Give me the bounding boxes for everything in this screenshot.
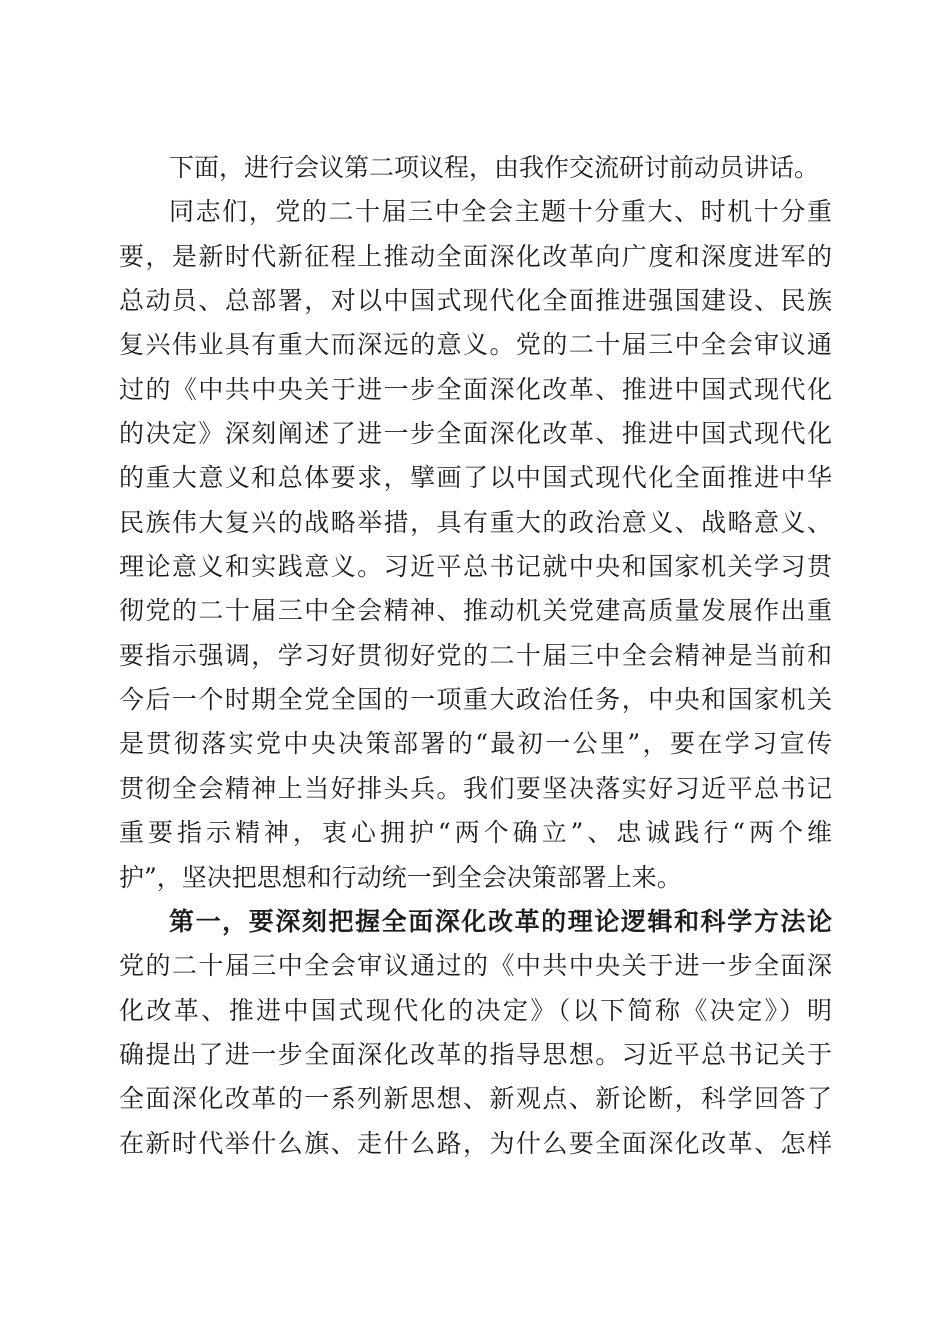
text-line: 重要指示精神，衷心拥护“两个确立”、忠诚践行“两个维	[119, 811, 832, 855]
text-line: 今后一个时期全党全国的一项重大政治任务，中央和国家机关	[119, 678, 832, 722]
text-line: 确提出了进一步全面深化改革的指导思想。习近平总书记关于	[119, 1033, 832, 1077]
text-line: 总动员、总部署，对以中国式现代化全面推进强国建设、民族	[119, 279, 832, 323]
text-line: 过的《中共中央关于进一步全面深化改革、推进中国式现代化	[119, 368, 832, 412]
text-line: 党的二十届三中全会审议通过的《中共中央关于进一步全面深	[119, 944, 832, 988]
document-page: 下面，进行会议第二项议程，由我作交流研讨前动员讲话。同志们，党的二十届三中全会主…	[0, 0, 950, 1344]
text-line: 复兴伟业具有重大而深远的意义。党的二十届三中全会审议通	[119, 323, 832, 367]
text-line: 彻党的二十届三中全会精神、推动机关党建高质量发展作出重	[119, 589, 832, 633]
text-line: 下面，进行会议第二项议程，由我作交流研讨前动员讲话。	[119, 146, 832, 190]
text-line: 同志们，党的二十届三中全会主题十分重大、时机十分重	[119, 190, 832, 234]
text-line: 全面深化改革的一系列新思想、新观点、新论断，科学回答了	[119, 1077, 832, 1121]
text-line: 的重大意义和总体要求，擘画了以中国式现代化全面推进中华	[119, 456, 832, 500]
text-line: 贯彻全会精神上当好排头兵。我们要坚决落实好习近平总书记	[119, 767, 832, 811]
document-body: 下面，进行会议第二项议程，由我作交流研讨前动员讲话。同志们，党的二十届三中全会主…	[119, 146, 832, 1166]
text-line: 民族伟大复兴的战略举措，具有重大的政治意义、战略意义、	[119, 501, 832, 545]
text-line: 理论意义和实践意义。习近平总书记就中央和国家机关学习贯	[119, 545, 832, 589]
text-line: 要指示强调，学习好贯彻好党的二十届三中全会精神是当前和	[119, 634, 832, 678]
text-line: 要，是新时代新征程上推动全面深化改革向广度和深度进军的	[119, 235, 832, 279]
text-line: 的决定》深刻阐述了进一步全面深化改革、推进中国式现代化	[119, 412, 832, 456]
text-line: 化改革、推进中国式现代化的决定》（以下简称《决定》）明	[119, 989, 832, 1033]
text-line: 在新时代举什么旗、走什么路，为什么要全面深化改革、怎样	[119, 1122, 832, 1166]
text-line: 护”，坚决把思想和行动统一到全会决策部署上来。	[119, 856, 832, 900]
text-line: 是贯彻落实党中央决策部署的“最初一公里”，要在学习宣传	[119, 722, 832, 766]
section-heading-line: 第一，要深刻把握全面深化改革的理论逻辑和科学方法论	[119, 900, 832, 944]
